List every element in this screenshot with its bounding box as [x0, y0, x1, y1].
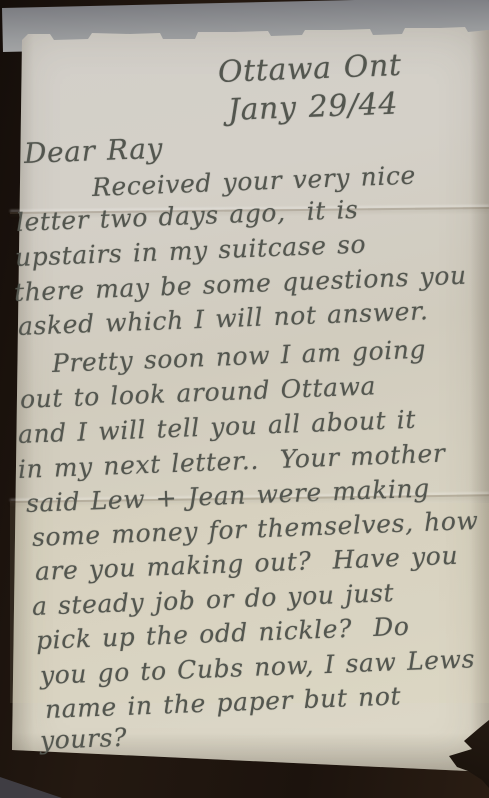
- bottom-left-highlight: [0, 770, 62, 798]
- letter-place: Ottawa Ont: [217, 51, 402, 88]
- letter-photo: Ottawa Ont Jany 29/44 Dear Ray Received …: [0, 0, 489, 798]
- letter-date: Jany 29/44: [227, 89, 398, 126]
- letter-salutation: Dear Ray: [23, 135, 163, 168]
- letter-line: yours?: [40, 725, 128, 753]
